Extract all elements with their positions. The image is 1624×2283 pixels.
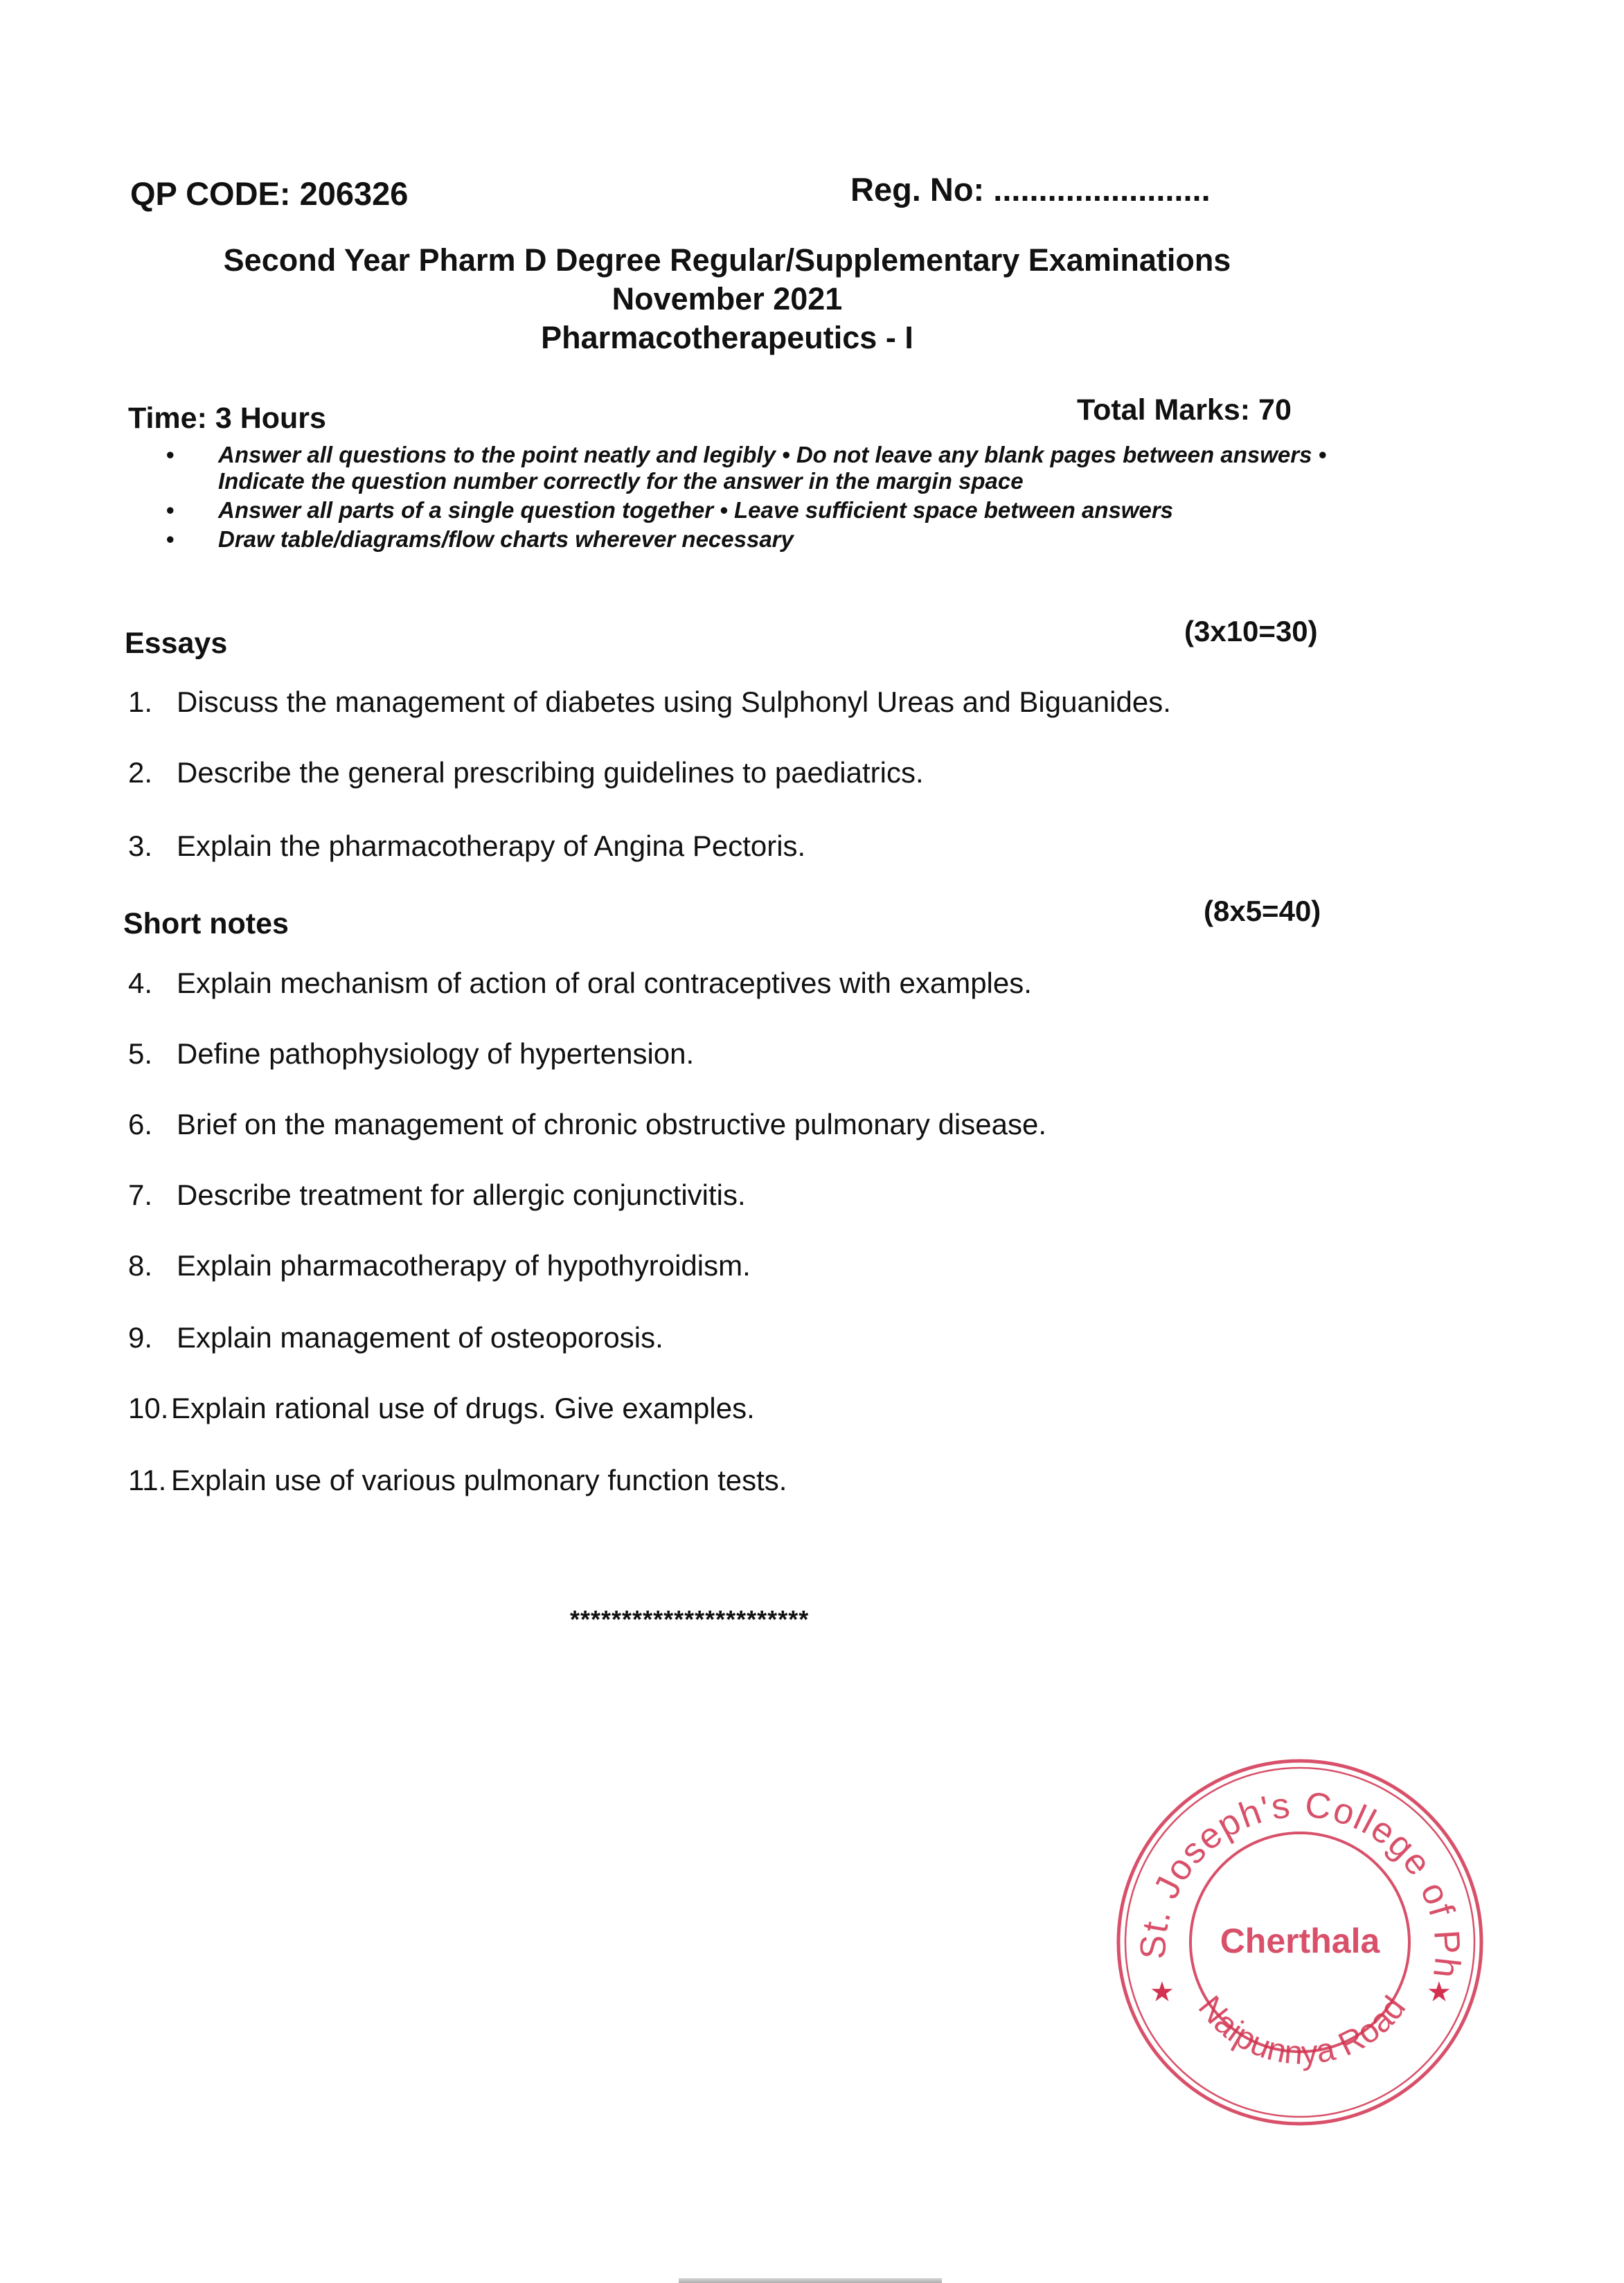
question-text: Explain use of various pulmonary functio… [171,1464,787,1496]
question-number: 11. [128,1464,171,1497]
question-text: Explain the pharmacotherapy of Angina Pe… [177,830,805,862]
section-essays-title: Essays [125,627,227,661]
exam-title-block: Second Year Pharm D Degree Regular/Suppl… [139,242,1316,356]
star-icon: ★ [1427,1977,1452,2007]
question-number: 4. [128,967,177,1000]
question-number: 5. [128,1037,177,1071]
question-number: 9. [128,1321,177,1354]
college-seal-stamp: St. Joseph's College of Pharmacy Naipunn… [1101,1745,1496,2140]
stamp-center-text: Cherthala [1220,1922,1381,1960]
bullet-icon: • [166,526,175,553]
question-number: 8. [128,1249,177,1282]
svg-text:Naipunnya Road: Naipunnya Road [1191,1989,1413,2072]
question-item: 4.Explain mechanism of action of oral co… [128,967,1032,1000]
question-item: 7.Describe treatment for allergic conjun… [128,1179,746,1212]
question-item: 9.Explain management of osteoporosis. [128,1321,663,1354]
question-text: Explain pharmacotherapy of hypothyroidis… [177,1249,751,1282]
page-bottom-edge [679,2278,942,2283]
question-number: 6. [128,1108,177,1141]
total-marks: Total Marks: 70 [1077,393,1292,427]
question-text: Explain rational use of drugs. Give exam… [171,1392,755,1424]
question-item: 8.Explain pharmacotherapy of hypothyroid… [128,1249,751,1282]
question-item: 10.Explain rational use of drugs. Give e… [128,1392,755,1425]
question-item: 3.Explain the pharmacotherapy of Angina … [128,830,805,863]
reg-no-label: Reg. No: ........................ [850,170,1211,208]
question-text: Describe treatment for allergic conjunct… [177,1179,746,1211]
question-text: Define pathophysiology of hypertension. [177,1037,694,1070]
instructions: • Answer all questions to the point neat… [166,442,1330,555]
question-item: 11.Explain use of various pulmonary func… [128,1464,787,1497]
bullet-icon: • [166,442,175,468]
question-item: 5.Define pathophysiology of hypertension… [128,1037,694,1071]
question-text: Describe the general prescribing guideli… [177,756,924,789]
exam-duration: Time: 3 Hours [128,402,326,436]
question-item: 6.Brief on the management of chronic obs… [128,1108,1046,1141]
qp-code: QP CODE: 206326 [130,174,408,213]
question-text: Explain management of osteoporosis. [177,1321,663,1354]
instruction-item: • Draw table/diagrams/flow charts wherev… [218,526,1330,553]
question-item: 2.Describe the general prescribing guide… [128,756,924,789]
question-number: 1. [128,686,177,719]
question-item: 1.Discuss the management of diabetes usi… [128,686,1171,719]
question-number: 2. [128,756,177,789]
instruction-item: • Answer all parts of a single question … [218,497,1330,523]
section-essays-marks: (3x10=30) [1184,615,1318,648]
exam-title: Second Year Pharm D Degree Regular/Suppl… [139,242,1316,278]
question-number: 10. [128,1392,171,1425]
star-icon: ★ [1150,1977,1175,2007]
question-number: 7. [128,1179,177,1212]
section-short-notes-marks: (8x5=40) [1204,895,1321,928]
subject-name: Pharmacotherapeutics - I [139,320,1316,356]
bullet-icon: • [166,497,175,523]
question-number: 3. [128,830,177,863]
question-text: Discuss the management of diabetes using… [177,686,1171,718]
instruction-item: • Answer all questions to the point neat… [218,442,1330,494]
stamp-bottom-text: Naipunnya Road [1191,1989,1413,2072]
question-text: Brief on the management of chronic obstr… [177,1108,1046,1140]
section-short-notes-title: Short notes [123,907,289,941]
end-of-paper-marker: *********************** [570,1605,809,1634]
seal-icon: St. Joseph's College of Pharmacy Naipunn… [1101,1745,1496,2140]
exam-session: November 2021 [139,281,1316,317]
question-text: Explain mechanism of action of oral cont… [177,967,1032,999]
